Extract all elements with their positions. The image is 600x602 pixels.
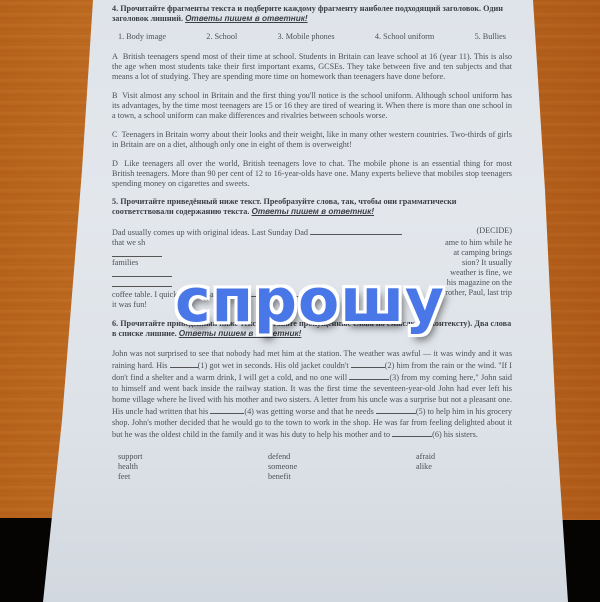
- task6-text: John was not surprised to see that nobod…: [112, 348, 512, 440]
- task5-line: ) brother, Paul, last trip: [436, 288, 512, 300]
- heading-option: 4. School uniform: [375, 32, 434, 42]
- answer-blank: [170, 359, 198, 368]
- fragment-text: British teenagers spend most of their ti…: [112, 52, 512, 81]
- word-bank-item: benefit: [268, 472, 416, 482]
- answer-blank: [112, 268, 172, 277]
- word-bank-item: afraid: [416, 452, 516, 462]
- task6-text-part: (6) his sisters.: [432, 430, 478, 439]
- word-bank-item: someone: [268, 462, 416, 472]
- task4-title: 4. Прочитайте фрагменты текста и подбери…: [112, 4, 512, 24]
- answer-blank: [376, 405, 416, 414]
- task5-answer-note: Ответы пишем в ответник!: [251, 207, 374, 216]
- task5-line: Dad usually comes up with original ideas…: [112, 228, 308, 237]
- task4-answer-note: Ответы пишем в ответник!: [185, 14, 308, 23]
- heading-option: 5. Bullies: [475, 32, 506, 42]
- fragment-text: Visit almost any school in Britain and t…: [112, 91, 512, 120]
- fragment-d: D Like teenagers all over the world, Bri…: [112, 159, 512, 189]
- heading-option: 3. Mobile phones: [278, 32, 335, 42]
- heading-option: 1. Body image: [118, 32, 166, 42]
- fragment-text: Teenagers in Britain worry about their l…: [112, 130, 512, 149]
- task5-line: his magazine on the: [447, 278, 512, 288]
- answer-blank: [392, 428, 432, 437]
- task5-line: ame to him while he: [445, 238, 512, 248]
- fragment-text: Like teenagers all over the world, Briti…: [112, 159, 512, 188]
- word-bank-item: defend: [268, 452, 416, 462]
- heading-option: 2. School: [206, 32, 237, 42]
- task6-text-part: (4) was getting worse and that he needs: [244, 407, 376, 416]
- fragment-letter: A: [112, 52, 118, 61]
- word-bank-item: support: [118, 452, 268, 462]
- fragment-b: B Visit almost any school in Britain and…: [112, 91, 512, 121]
- task5-title: 5. Прочитайте приведённый ниже текст. Пр…: [112, 197, 512, 217]
- fragment-letter: C: [112, 130, 117, 139]
- task5-line: weather is fine, we: [450, 268, 512, 278]
- word-bank-item: health: [118, 462, 268, 472]
- word-bank: support defend afraid health someone ali…: [112, 452, 512, 482]
- task5-keyword: (DECIDE): [477, 226, 512, 238]
- answer-blank: [351, 359, 385, 368]
- word-bank-item: alike: [416, 462, 516, 472]
- fragment-letter: D: [112, 159, 118, 168]
- task5-line: families: [112, 258, 138, 268]
- answer-blank: [112, 278, 172, 287]
- answer-blank: [349, 371, 389, 380]
- task5-line: that we sh: [112, 238, 145, 248]
- word-bank-item: feet: [118, 472, 268, 482]
- task5-line: at camping brings: [453, 248, 512, 258]
- answer-blank: [310, 226, 402, 235]
- answer-blank: [210, 405, 244, 414]
- watermark-logo: спрошу: [175, 266, 435, 346]
- task4-headings: 1. Body image 2. School 3. Mobile phones…: [118, 32, 506, 42]
- task5-line: sion? It usually: [462, 258, 512, 268]
- fragment-c: C Teenagers in Britain worry about their…: [112, 130, 512, 150]
- answer-blank: [112, 248, 162, 257]
- fragment-a: A British teenagers spend most of their …: [112, 52, 512, 82]
- task6-text-part: (1) got wet in seconds. His old jacket c…: [198, 361, 351, 370]
- worksheet-content: 4. Прочитайте фрагменты текста и подбери…: [112, 4, 512, 482]
- fragment-letter: B: [112, 91, 117, 100]
